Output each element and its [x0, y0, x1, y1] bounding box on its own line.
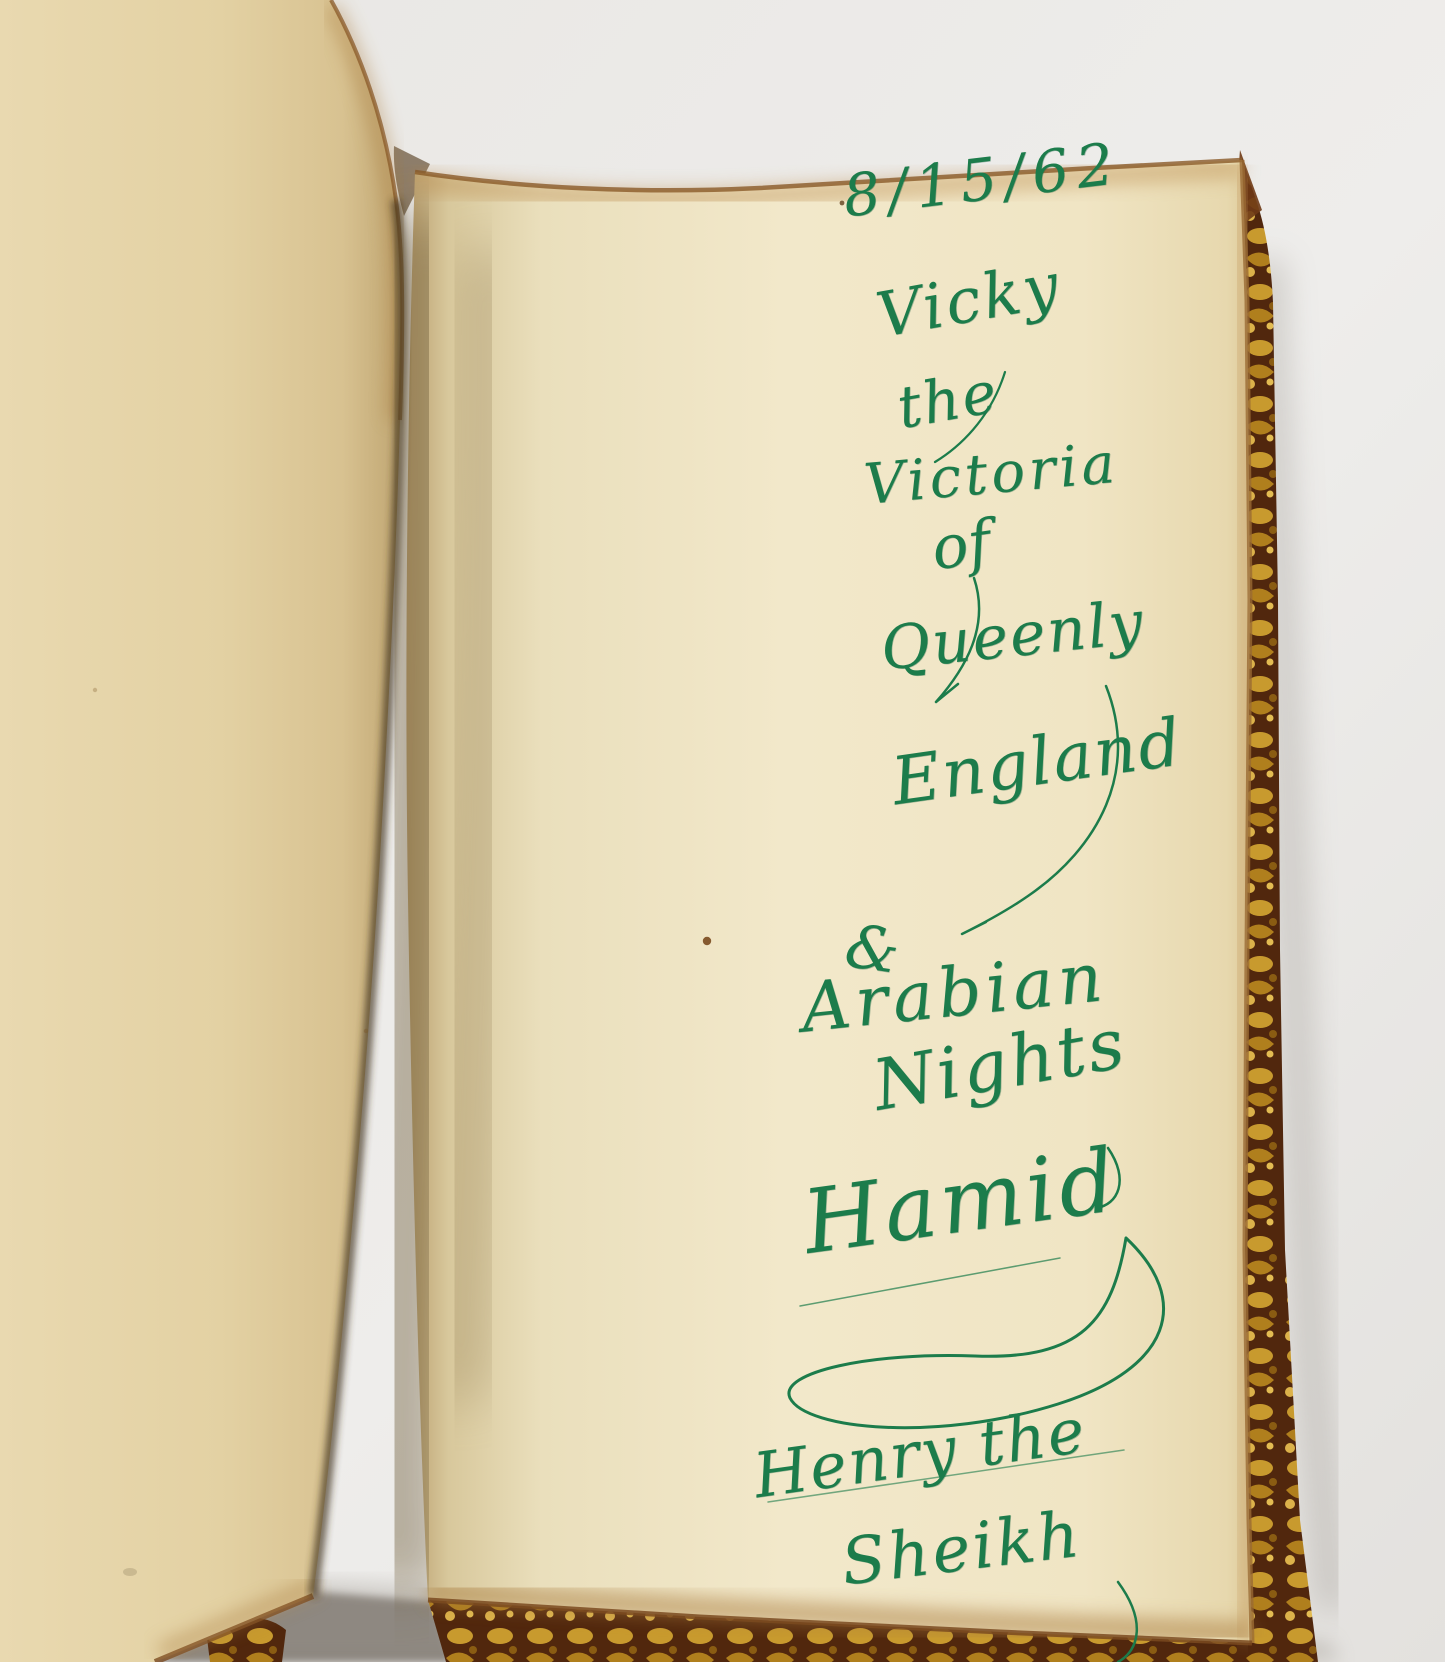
- open-book-illustration: [0, 0, 1445, 1662]
- gutter-shadow-feather: [458, 250, 489, 1400]
- gutter-shadow-wide: [397, 220, 425, 1592]
- book-photo: 8/15/62 Vicky the Victoria of Queenly En…: [0, 0, 1445, 1662]
